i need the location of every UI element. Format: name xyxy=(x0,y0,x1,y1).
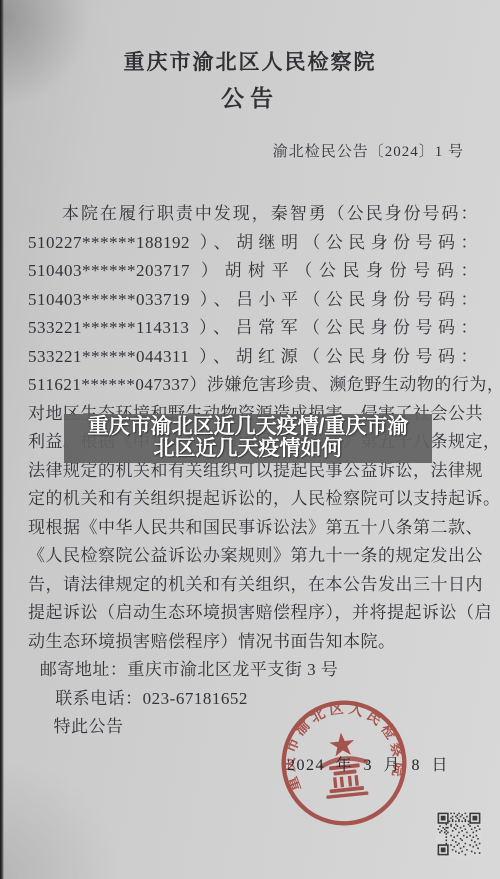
body-line: 现根据《中华人民共和国民事诉讼法》第五十八条第二款、 xyxy=(28,514,478,543)
body-line: 510403******203717 ）胡树平（公民身份号码： xyxy=(28,257,478,286)
body-line: 533221******044311 ）、胡红源（公民身份号码： xyxy=(28,343,478,372)
issue-date: 2024 年 3 月 8 日 xyxy=(287,752,449,775)
notice-body: 本院在履行职责中发现，秦智勇（公民身份号码：510227******188192… xyxy=(28,200,478,742)
caption-overlay-line: 北区近几天疫情如何 xyxy=(64,438,432,460)
body-line: 提起诉讼（启动生态环境损害赔偿程序），并将提起诉讼（启 xyxy=(28,599,478,628)
body-line: 510403******033719 ）、吕小平（公民身份号码： xyxy=(28,286,478,315)
body-line: 511621******047337）涉嫌危害珍贵、濒危野生动物的行为， xyxy=(28,371,478,400)
body-line: 本院在履行职责中发现，秦智勇（公民身份号码： xyxy=(28,200,478,229)
document-page: 重庆市渝北区人民检察院 公告 渝北检民公告〔2024〕1 号 本院在履行职责中发… xyxy=(0,0,500,879)
caption-overlay: 重庆市渝北区近几天疫情/重庆市渝北区近几天疫情如何 xyxy=(64,414,432,463)
body-line: 533221******114313 ）、吕常军（公民身份号码： xyxy=(28,314,478,343)
body-line: 动生态环境损害赔偿程序）情况书面告知本院。 xyxy=(28,628,478,657)
issuing-org-title: 重庆市渝北区人民检察院 xyxy=(0,46,500,76)
caption-overlay-line: 重庆市渝北区近几天疫情/重庆市渝 xyxy=(64,416,432,438)
body-line: 联系电话：023-67181652 xyxy=(28,685,478,714)
body-line: 特此公告 xyxy=(28,713,478,742)
document-number: 渝北检民公告〔2024〕1 号 xyxy=(273,140,464,161)
qr-code xyxy=(436,811,482,857)
body-line: 告，请法律规定的机关和有关组织，在本公告发出三十日内 xyxy=(28,571,478,600)
notice-title: 公告 xyxy=(0,80,500,113)
photo-edge-shadow xyxy=(0,0,4,879)
body-line: 《人民检察院公益诉讼办案规则》第九十一条的规定发出公 xyxy=(28,542,478,571)
body-line: 定的机关和有关组织提起诉讼的，人民检察院可以支持起诉。 xyxy=(28,485,478,514)
body-line: 邮寄地址：重庆市渝北区龙平支街 3 号 xyxy=(28,656,478,685)
body-line: 510227******188192 ）、胡继明（公民身份号码： xyxy=(28,229,478,258)
